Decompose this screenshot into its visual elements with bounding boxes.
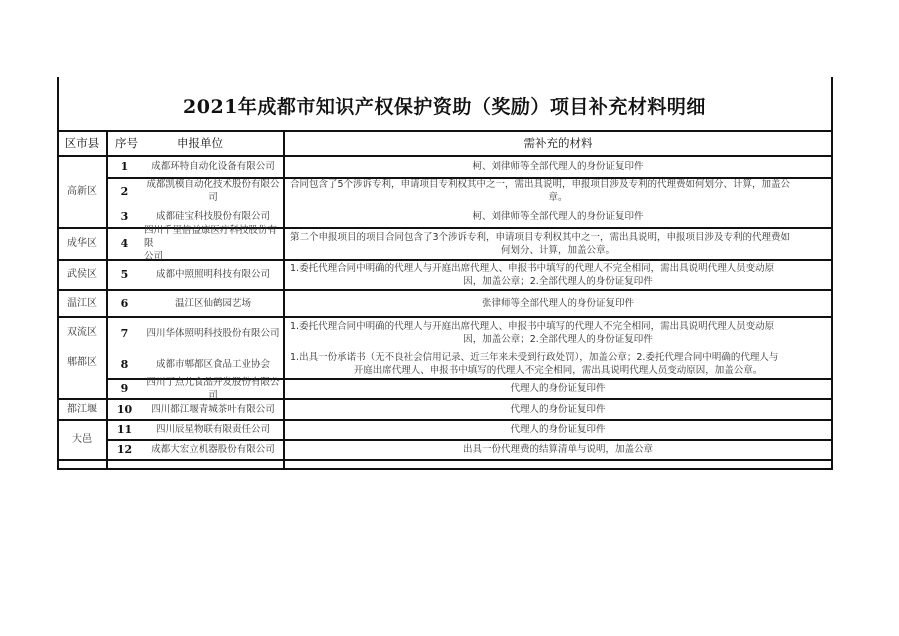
header-materials: 需补充的材料 [284, 131, 832, 155]
row-4-materials: 第二个申报项目的项目合同包含了3个涉诉专利，申请项目专利权其中之一，需出具说明，… [284, 228, 832, 259]
row-6-unit: 温江区仙鹤园艺场 [142, 290, 284, 316]
row-8-materials: 1.出具一份承诺书（无不良社会信用记录、近三年来未受到行政处罚），加盖公章；2.… [284, 350, 832, 378]
row-12-unit: 成都大宏立机器股份有限公司 [142, 440, 284, 459]
row-2-seq: 2 [107, 178, 142, 204]
header-unit: 申报单位 [150, 131, 250, 155]
row-11-seq: 11 [107, 420, 142, 439]
row-8-unit: 成都市郫都区食品工业协会 [142, 350, 284, 378]
row-2-unit: 成都凯模自动化技术股份有限公司 [142, 178, 284, 204]
district-pidu: 郫都区 [57, 352, 107, 372]
row-2-materials-line-2: 章。 [290, 191, 826, 204]
district-wenjiang: 温江区 [57, 290, 107, 316]
row-5-unit: 成都中照照明科技有限公司 [142, 260, 284, 289]
header-district: 区市县 [57, 131, 107, 155]
header-seq: 序号 [107, 131, 147, 155]
row-4-unit-line-1: 四川千里倍益康医疗科技股份有限 [144, 224, 284, 250]
row-12-materials: 出具一份代理费的结算清单与说明，加盖公章 [284, 440, 832, 459]
row-8-seq: 8 [107, 350, 142, 378]
row-8-materials-line-1: 1.出具一份承诺书（无不良社会信用记录、近三年来未受到行政处罚），加盖公章；2.… [290, 351, 826, 364]
row-4-unit: 四川千里倍益康医疗科技股份有限 公司 [138, 228, 284, 259]
row-5-materials-line-2: 因，加盖公章；2.全部代理人的身份证复印件 [290, 275, 826, 288]
row-3-materials: 柯、刘律师等全部代理人的身份证复印件 [284, 205, 832, 227]
table-bottom-border [57, 468, 833, 470]
row-10-unit: 四川都江堰青城茶叶有限公司 [142, 399, 284, 419]
document-title: 2021年成都市知识产权保护资助（奖励）项目补充材料明细 [57, 92, 832, 122]
row-11-materials: 代理人的身份证复印件 [284, 420, 832, 439]
district-shuangliu: 双流区 [57, 322, 107, 342]
row-9-unit: 四川丁点儿食品开发股份有限公司 [142, 379, 284, 398]
row-7-materials: 1.委托代理合同中明确的代理人与开庭出席代理人、申报书中填写的代理人不完全相同，… [284, 319, 832, 347]
row-5-materials: 1.委托代理合同中明确的代理人与开庭出席代理人、申报书中填写的代理人不完全相同，… [284, 260, 832, 289]
district-chenghua: 成华区 [57, 228, 107, 259]
district-gaoxin: 高新区 [57, 156, 107, 227]
row-12-seq: 12 [107, 440, 142, 459]
document-page: 2021年成都市知识产权保护资助（奖励）项目补充材料明细 区市县 序号 申报单位… [0, 0, 899, 636]
row-6-materials: 张律师等全部代理人的身份证复印件 [284, 290, 832, 316]
row-10-seq: 10 [107, 399, 142, 419]
row-9-seq: 9 [107, 379, 142, 398]
row-4-seq: 4 [107, 228, 142, 259]
district-dujiangyan: 都江堰 [57, 399, 107, 419]
row-8-materials-line-2: 开庭出席代理人、申报书中填写的代理人不完全相同，需出具说明代理人员变动原因，加盖… [290, 364, 826, 377]
row-2-materials: 合同包含了5个涉诉专利，申请项目专利权其中之一，需出具说明，申报项目涉及专利的代… [284, 178, 832, 204]
row-1-seq: 1 [107, 156, 142, 177]
row-5-seq: 5 [107, 260, 142, 289]
row-3-seq: 3 [107, 205, 142, 227]
row-7-unit: 四川华体照明科技股份有限公司 [142, 319, 284, 347]
row-7-materials-line-2: 因，加盖公章；2.全部代理人的身份证复印件 [290, 333, 826, 346]
row-7-materials-line-1: 1.委托代理合同中明确的代理人与开庭出席代理人、申报书中填写的代理人不完全相同，… [290, 320, 826, 333]
row-5-materials-line-1: 1.委托代理合同中明确的代理人与开庭出席代理人、申报书中填写的代理人不完全相同，… [290, 262, 826, 275]
row-1-unit: 成都环特自动化设备有限公司 [142, 156, 284, 177]
district-dayi: 大邑 [57, 420, 107, 459]
row-6-seq: 6 [107, 290, 142, 316]
row-2-materials-line-1: 合同包含了5个涉诉专利，申请项目专利权其中之一，需出具说明，申报项目涉及专利的代… [290, 178, 826, 191]
row-6-bottom-border [57, 316, 833, 318]
row-4-materials-line-2: 何划分、计算，加盖公章。 [290, 244, 826, 257]
row-11-unit: 四川辰星物联有限责任公司 [142, 420, 284, 439]
row-4-materials-line-1: 第二个申报项目的项目合同包含了3个涉诉专利，申请项目专利权其中之一，需出具说明，… [290, 231, 826, 244]
row-7-seq: 7 [107, 319, 142, 347]
row-9-materials: 代理人的身份证复印件 [284, 379, 832, 398]
row-12-bottom-border [57, 459, 833, 461]
row-1-materials: 柯、刘律师等全部代理人的身份证复印件 [284, 156, 832, 177]
row-10-materials: 代理人的身份证复印件 [284, 399, 832, 419]
district-wuhou: 武侯区 [57, 260, 107, 289]
